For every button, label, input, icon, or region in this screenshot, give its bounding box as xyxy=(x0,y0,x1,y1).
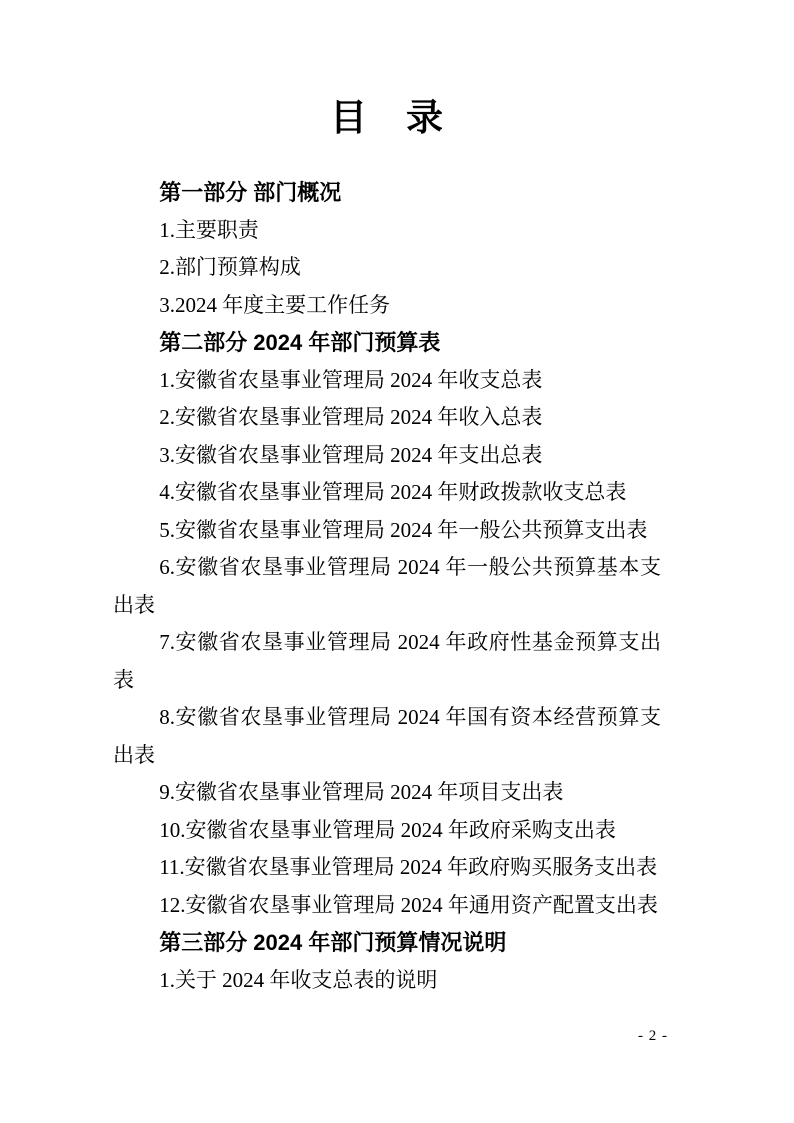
toc-entry: 1.主要职责 xyxy=(113,212,661,250)
section-heading: 第三部分 2024 年部门预算情况说明 xyxy=(113,924,661,962)
toc-entry: 2.安徽省农垦事业管理局 2024 年收入总表 xyxy=(113,399,661,437)
toc-entry: 8.安徽省农垦事业管理局 2024 年国有资本经营预算支出表 xyxy=(113,699,661,774)
toc-entry: 4.安徽省农垦事业管理局 2024 年财政拨款收支总表 xyxy=(113,474,661,512)
toc-entry: 1.关于 2024 年收支总表的说明 xyxy=(113,962,661,1000)
toc-section-overview: 第一部分 部门概况 1.主要职责 2.部门预算构成 3.2024 年度主要工作任… xyxy=(113,174,661,324)
section-heading: 第二部分 2024 年部门预算表 xyxy=(113,324,661,362)
toc-entry: 7.安徽省农垦事业管理局 2024 年政府性基金预算支出表 xyxy=(113,624,661,699)
toc-entry: 9.安徽省农垦事业管理局 2024 年项目支出表 xyxy=(113,774,661,812)
toc-section-budget-notes: 第三部分 2024 年部门预算情况说明 1.关于 2024 年收支总表的说明 xyxy=(113,924,661,999)
section-heading: 第一部分 部门概况 xyxy=(113,174,661,212)
page-title: 目 录 xyxy=(113,96,661,140)
toc-entry: 3.2024 年度主要工作任务 xyxy=(113,287,661,325)
toc-entry: 10.安徽省农垦事业管理局 2024 年政府采购支出表 xyxy=(113,812,661,850)
toc-entry: 5.安徽省农垦事业管理局 2024 年一般公共预算支出表 xyxy=(113,512,661,550)
toc-entry: 1.安徽省农垦事业管理局 2024 年收支总表 xyxy=(113,362,661,400)
toc-entry: 3.安徽省农垦事业管理局 2024 年支出总表 xyxy=(113,437,661,475)
toc-entry: 6.安徽省农垦事业管理局 2024 年一般公共预算基本支出表 xyxy=(113,549,661,624)
document-page: 目 录 第一部分 部门概况 1.主要职责 2.部门预算构成 3.2024 年度主… xyxy=(0,0,794,1123)
toc-entry: 2.部门预算构成 xyxy=(113,249,661,287)
toc-entry: 11.安徽省农垦事业管理局 2024 年政府购买服务支出表 xyxy=(113,849,661,887)
toc-section-budget-tables: 第二部分 2024 年部门预算表 1.安徽省农垦事业管理局 2024 年收支总表… xyxy=(113,324,661,924)
toc-entry: 12.安徽省农垦事业管理局 2024 年通用资产配置支出表 xyxy=(113,887,661,925)
page-number: - 2 - xyxy=(638,1027,668,1045)
toc-content: 目 录 第一部分 部门概况 1.主要职责 2.部门预算构成 3.2024 年度主… xyxy=(113,96,661,999)
